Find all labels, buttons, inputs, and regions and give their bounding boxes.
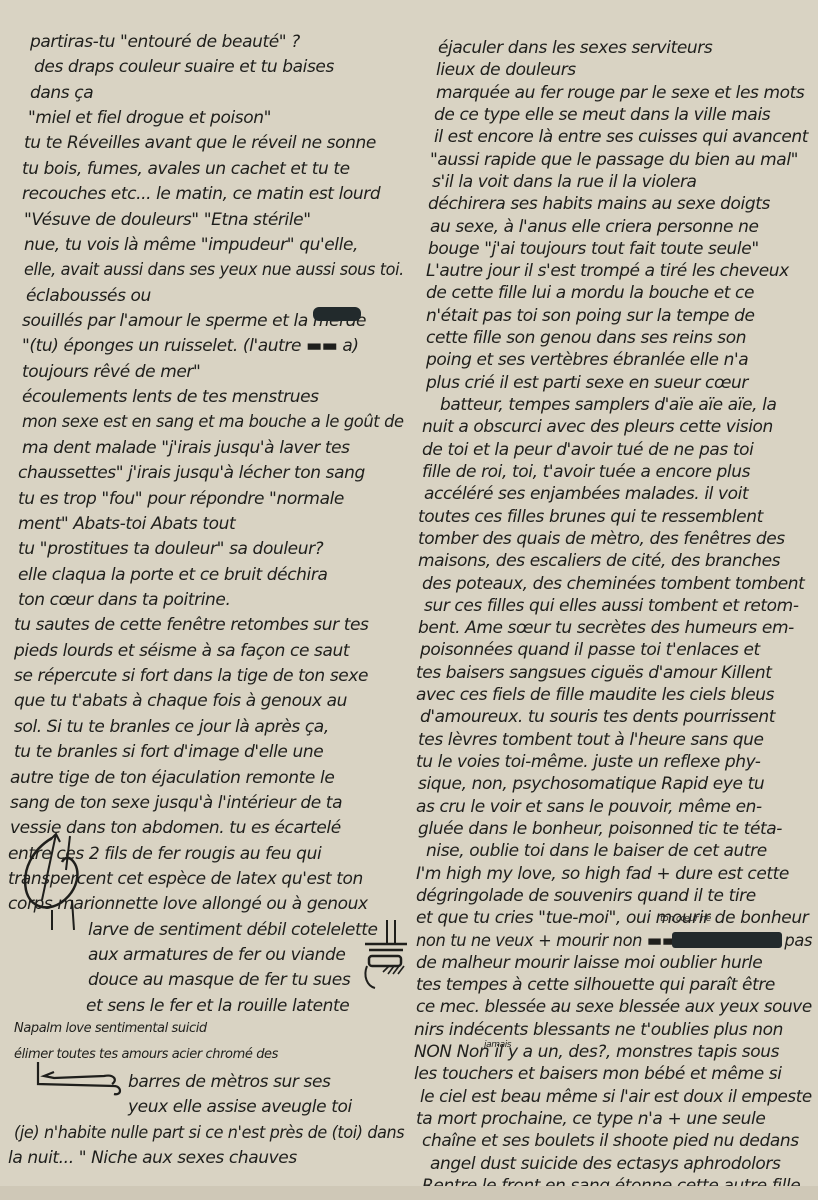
handwritten-line: tes lèvres tombent tout à l'heure sans q…	[418, 730, 764, 750]
handwritten-line: nirs indécents blessants ne t'oublies pl…	[414, 1020, 783, 1040]
handwritten-line: éjaculer dans les sexes serviteurs	[438, 38, 712, 58]
handwritten-line: douce au masque de fer tu sues	[88, 970, 350, 990]
handwritten-line: éclaboussés ou	[26, 286, 151, 306]
handwritten-line: et sens le fer et la rouille latente	[86, 996, 349, 1016]
handwritten-line: accéléré ses enjambées malades. il voit	[424, 484, 748, 504]
handwritten-line: la nuit... " Niche aux sexes chauves	[8, 1148, 297, 1168]
handwritten-line: chaîne et ses boulets il shoote pied nu …	[422, 1131, 799, 1151]
handwritten-line: écoulements lents de tes menstrues	[22, 387, 319, 407]
heart-sketch-icon	[12, 830, 92, 930]
handwritten-line: poing et ses vertèbres ébranlée elle n'a	[426, 350, 748, 370]
handwritten-line: tu le voies toi-même. juste un reflexe p…	[416, 752, 760, 772]
handwritten-line: tu "prostitues ta douleur" sa douleur?	[18, 539, 323, 559]
handwritten-line: il est encore là entre ses cuisses qui a…	[434, 127, 808, 147]
insertion-note: jamais	[484, 1040, 511, 1050]
handwritten-line: sol. Si tu te branles ce jour là après ç…	[14, 717, 329, 737]
handwritten-line: sique, non, psychosomatique Rapid eye tu	[418, 774, 764, 794]
handwritten-line: de cette fille lui a mordu la bouche et …	[426, 283, 754, 303]
handwritten-line: toutes ces filles brunes qui te ressembl…	[418, 507, 763, 527]
handwritten-line: nuit a obscurci avec des pleurs cette vi…	[422, 417, 773, 437]
handwritten-line: elle, avait aussi dans ses yeux nue auss…	[24, 260, 404, 280]
handwritten-line: plus crié il est parti sexe en sueur cœu…	[426, 373, 748, 393]
handwritten-line: cette fille son genou dans ses reins son	[426, 328, 746, 348]
handwritten-line: gluée dans le bonheur, poisonned tic te …	[418, 819, 782, 839]
handwritten-line: bent. Ame sœur tu secrètes des humeurs e…	[418, 618, 794, 638]
handwritten-line: L'autre jour il s'est trompé a tiré les …	[426, 261, 789, 281]
handwritten-line: aux armatures de fer ou viande	[88, 945, 346, 965]
handwritten-line: I'm high my love, so high fad + dure est…	[416, 864, 789, 884]
handwritten-line: as cru le voir et sans le pouvoir, même …	[416, 797, 762, 817]
handwritten-line: déchirera ses habits mains au sexe doigt…	[428, 194, 770, 214]
handwritten-line: de malheur mourir laisse moi oublier hur…	[416, 953, 762, 973]
handwritten-line: se répercute si fort dans la tige de ton…	[14, 666, 368, 686]
handwritten-line: "aussi rapide que le passage du bien au …	[430, 150, 798, 170]
handwritten-line: lieux de douleurs	[436, 60, 576, 80]
handwritten-line: poisonnées quand il passe toi t'enlaces …	[420, 640, 760, 660]
handwritten-line: de toi et la peur d'avoir tué de ne pas …	[422, 440, 753, 460]
handwritten-line: angel dust suicide des ectasys aphrodolo…	[430, 1154, 780, 1174]
handwritten-line: mon sexe est en sang et ma bouche a le g…	[22, 412, 404, 432]
handwritten-line: que tu t'abats à chaque fois à genoux au	[14, 691, 347, 711]
handwritten-line: ce mec. blessée au sexe blessée aux yeux…	[416, 997, 812, 1017]
handwritten-line: tu bois, fumes, avales un cachet et tu t…	[22, 159, 350, 179]
handwritten-line: sur ces filles qui elles aussi tombent e…	[424, 596, 799, 616]
metro-seat-sketch-icon	[355, 920, 410, 990]
handwritten-line: ment" Abats-toi Abats tout	[18, 514, 235, 534]
bone-sketch-icon	[34, 1058, 124, 1098]
handwritten-line: les touchers et baisers mon bébé et même…	[414, 1064, 782, 1084]
handwritten-line: tu te Réveilles avant que le réveil ne s…	[24, 133, 376, 153]
handwritten-line: maisons, des escaliers de cité, des bran…	[418, 551, 780, 571]
handwritten-line: au sexe, à l'anus elle criera personne n…	[430, 217, 759, 237]
handwritten-line: autre tige de ton éjaculation remonte le	[10, 768, 334, 788]
handwritten-line: sang de ton sexe jusqu'à l'intérieur de …	[10, 793, 342, 813]
handwritten-line: tu es trop "fou" pour répondre "normale	[18, 489, 344, 509]
handwritten-line: tomber des quais de mètro, des fenêtres …	[418, 529, 785, 549]
handwritten-line: Napalm love sentimental suicid	[14, 1021, 207, 1036]
handwritten-line: partiras-tu "entouré de beauté" ?	[30, 32, 300, 52]
handwritten-line: fille de roi, toi, t'avoir tuée a encore…	[422, 462, 750, 482]
handwritten-line: marquée au fer rouge par le sexe et les …	[436, 83, 804, 103]
handwritten-line: bouge "j'ai toujours tout fait toute seu…	[428, 239, 759, 259]
handwritten-line: "Vésuve de douleurs" "Etna stérile"	[24, 210, 311, 230]
handwritten-line: recouches etc... le matin, ce matin est …	[22, 184, 380, 204]
handwritten-line: ton cœur dans ta poitrine.	[18, 590, 231, 610]
handwritten-line: ta mort prochaine, ce type n'a + une seu…	[416, 1109, 765, 1129]
handwritten-line: et que tu cries "tue-moi", oui mourir de…	[416, 908, 808, 928]
ink-blot-redaction	[313, 307, 361, 321]
handwritten-line: Rentre le front en sang étonne cette aut…	[422, 1176, 800, 1196]
handwritten-line: le ciel est beau même si l'air est doux …	[420, 1087, 812, 1107]
handwritten-line: des poteaux, des cheminées tombent tombe…	[422, 574, 804, 594]
handwritten-line: yeux elle assise aveugle toi	[128, 1097, 352, 1117]
handwritten-line: chaussettes" j'irais jusqu'à lécher ton …	[18, 463, 365, 483]
handwritten-line: batteur, tempes samplers d'aïe aïe aïe, …	[440, 395, 776, 415]
handwritten-line: nue, tu vois là même "impudeur" qu'elle,	[24, 235, 358, 255]
handwritten-line: dans ça	[30, 83, 93, 103]
handwritten-line: dégringolade de souvenirs quand il te ti…	[416, 886, 756, 906]
handwritten-line: s'il la voit dans la rue il la violera	[432, 172, 697, 192]
handwritten-line: avec ces fiels de fille maudite les ciel…	[416, 685, 774, 705]
ink-scribble-redaction	[672, 932, 782, 948]
handwritten-line: larve de sentiment débil cotelelette	[88, 920, 378, 940]
handwritten-line: pieds lourds et séisme à sa façon ce sau…	[14, 641, 349, 661]
handwritten-line: tes tempes à cette silhouette qui paraît…	[416, 975, 775, 995]
handwritten-line: NON Non il y a un, des?, monstres tapis …	[414, 1042, 779, 1062]
handwritten-line: de ce type elle se meut dans la ville ma…	[434, 105, 770, 125]
handwritten-line: ma dent malade "j'irais jusqu'à laver te…	[22, 438, 350, 458]
handwritten-line: d'amoureux. tu souris tes dents pourriss…	[420, 707, 775, 727]
handwritten-line: (je) n'habite nulle part si ce n'est prè…	[14, 1123, 404, 1143]
handwritten-line: "(tu) éponges un ruisselet. (l'autre ▬▬ …	[22, 336, 359, 356]
handwritten-line: des draps couleur suaire et tu baises	[34, 57, 334, 77]
handwritten-line: nise, oublie toi dans le baiser de cet a…	[426, 841, 767, 861]
handwritten-line: n'était pas toi son poing sur la tempe d…	[426, 306, 755, 326]
handwritten-line: tu sautes de cette fenêtre retombes sur …	[14, 615, 369, 635]
handwritten-line: tes baisers sangsues ciguës d'amour Kill…	[416, 663, 771, 683]
handwritten-line: barres de mètros sur ses	[128, 1072, 331, 1092]
handwritten-line: tu te branles si fort d'image d'elle une	[14, 742, 323, 762]
handwritten-line: elle claqua la porte et ce bruit déchira	[18, 565, 327, 585]
insertion-note: ton cœur ne	[660, 914, 711, 924]
handwritten-line: toujours rêvé de mer"	[22, 362, 200, 382]
handwritten-line: "miel et fiel drogue et poison"	[28, 108, 271, 128]
manuscript-page: partiras-tu "entouré de beauté" ?des dra…	[0, 0, 818, 1200]
